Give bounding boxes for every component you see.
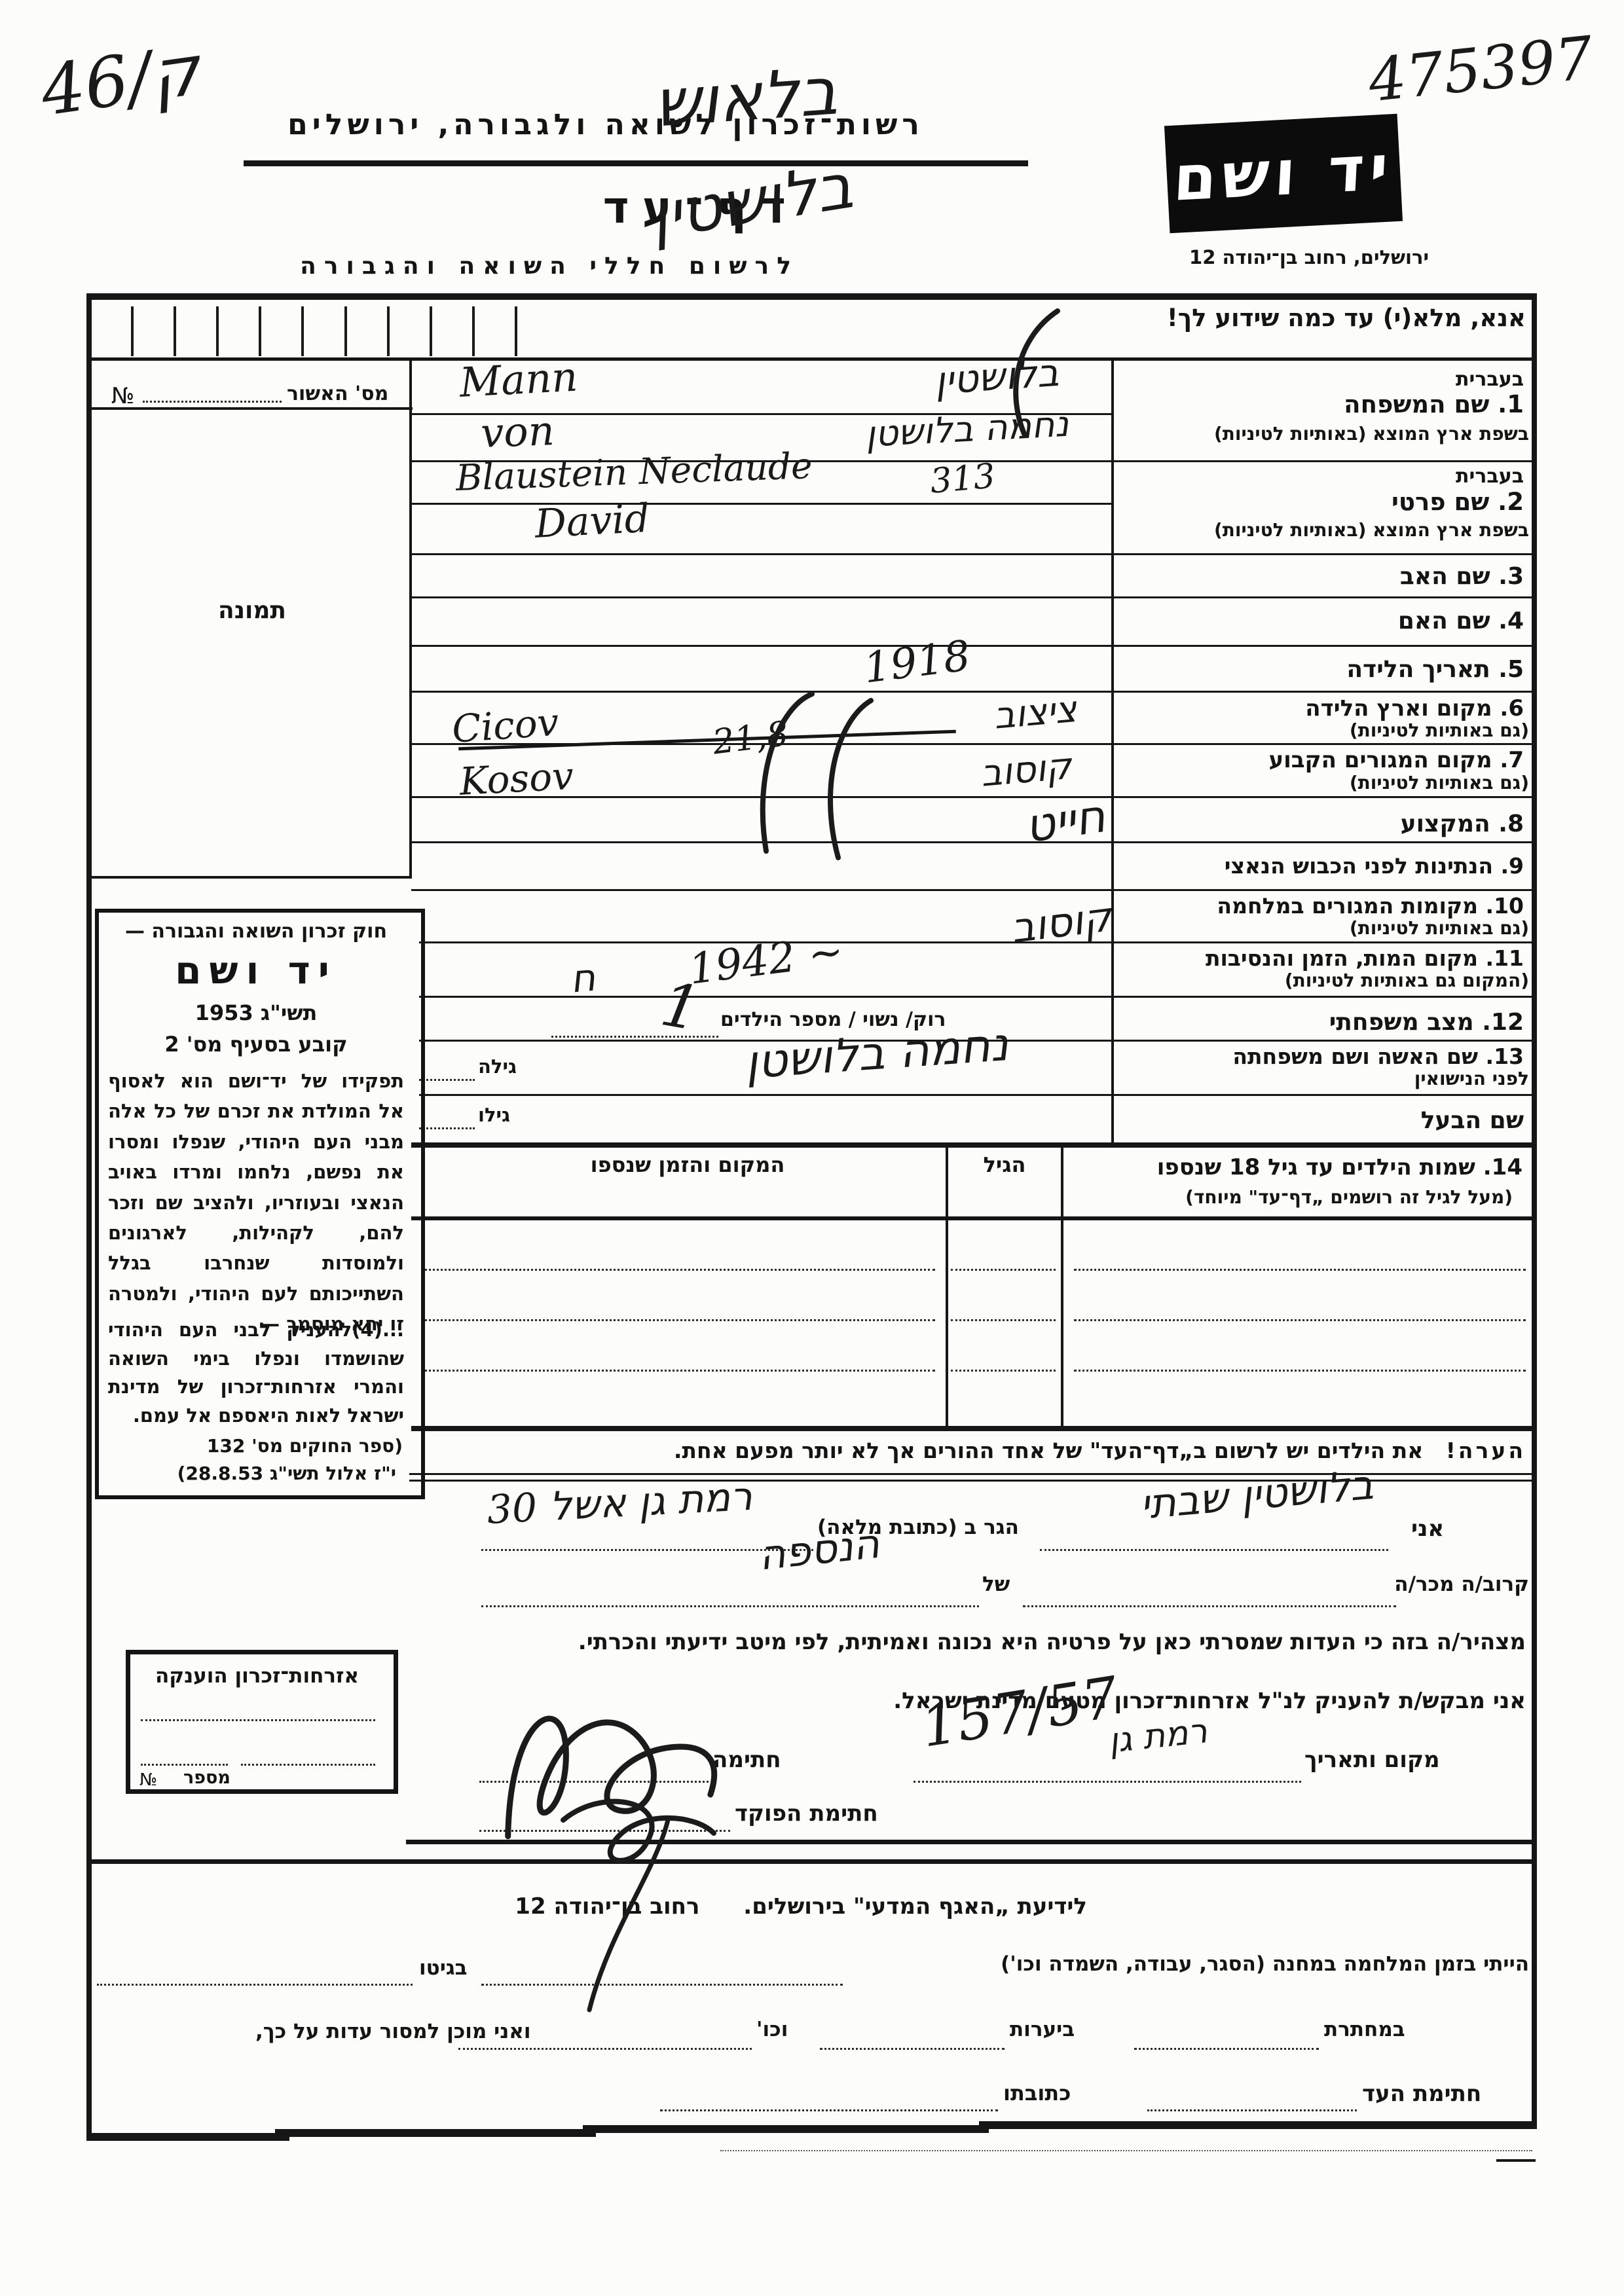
top-row-underline [92, 357, 1532, 361]
children-age-header: הגיל [948, 1152, 1061, 1177]
cert-row-underline [92, 407, 413, 410]
hw-row3-number: 313 [929, 456, 997, 501]
children-col-divider [946, 1142, 948, 1429]
hw-relation: הנספה [756, 1520, 881, 1580]
hw-residence-hebrew: קוסוב [979, 745, 1073, 795]
fill-instruction: אנא, מלא(י) עד כמה שידוע לך! [1120, 304, 1526, 332]
children-row-dotted [424, 1269, 935, 1271]
hw-row2-latin: von [480, 407, 555, 457]
law-line1: חוק זכרון השואה והגבורה — [105, 920, 407, 943]
form-border-right [1532, 293, 1537, 2126]
children-header-bottom [411, 1216, 1532, 1220]
hw-signature-place: רמת גן [1107, 1711, 1209, 1760]
note-line: הערה! את הילדים יש לרשום ב„דף־העד" של אח… [458, 1438, 1526, 1463]
rule-line [411, 889, 1532, 891]
stray-pen-stroke [979, 298, 1077, 448]
ghetto-dotted [97, 1984, 413, 1986]
field8-label: 8. המקצוע [1116, 811, 1524, 837]
page-subtitle: לרשום חללי השואה והגבורה [354, 253, 799, 280]
husband-label: שם הבעל [1116, 1107, 1524, 1134]
field4-label: 4. שם האם [1116, 608, 1524, 634]
photo-box-right-edge [409, 359, 412, 879]
children-place-header: המקום והזמן שנספו [458, 1152, 917, 1177]
field6-label: 6. מקום וארץ הלידה [1116, 695, 1524, 721]
field10-sub: (גם באותיות לטיניות) [1116, 917, 1529, 939]
law-clause: ...(4)להעניק לבני העם היהודי שהושמדו ונפ… [108, 1316, 404, 1430]
law-ref1: (ספר החוקים מס' 132 [115, 1435, 403, 1457]
children-table-bottom [411, 1426, 1532, 1431]
children-names-header: 14. שמות הילדים עד גיל 18 שנספו [1067, 1154, 1522, 1180]
her-age-label: גילה [478, 1055, 517, 1078]
hw-birth-place-hebrew: ציצוב [992, 688, 1079, 738]
cert-no-label: מס' האשור [287, 382, 388, 405]
rule-line [411, 645, 1532, 647]
grid-tick [344, 306, 347, 356]
number-grid [131, 306, 517, 356]
grid-tick [216, 306, 219, 356]
law-line4: קובע בסעיף מס' 2 [105, 1032, 407, 1057]
rule-line [419, 1094, 1532, 1096]
underground-label: במחתרת [1324, 2018, 1405, 2041]
hw-residence-latin: Kosov [458, 754, 574, 804]
decl-i-label: אני [1411, 1516, 1444, 1542]
law-line2: יד ושם [105, 948, 407, 993]
field2-pre: בעברית [1116, 465, 1524, 488]
law-line3: תשי"ג 1953 [105, 1000, 407, 1025]
field2-sub: בשפת ארץ המוצא (באותיות לטיניות) [1116, 519, 1529, 541]
hw-first-name-latin: David [534, 496, 651, 547]
children-table-top [411, 1142, 1532, 1148]
decl-of-dotted [481, 1605, 979, 1607]
grid-tick [174, 306, 176, 356]
section-divider-thick [88, 1859, 1532, 1864]
field1-label: 1. שם המשפחה [1116, 390, 1524, 418]
decl-relative-dotted [1023, 1605, 1396, 1607]
children-row-dotted [424, 1370, 935, 1372]
hw-death-note: ח [568, 955, 597, 1002]
grid-tick [301, 306, 304, 356]
decl-of-label: של [982, 1573, 1010, 1596]
memorial-number-label: מספר [183, 1768, 231, 1788]
underground-dotted [1134, 2048, 1319, 2050]
hw-family-name-latin: Mann [458, 353, 579, 407]
witness-signature-label: חתימת העד [1362, 2081, 1481, 2107]
ref-number-handwriting: 475397 [1365, 24, 1596, 115]
his-age-dotted [419, 1127, 475, 1129]
header-underline [244, 160, 1028, 166]
rule-line [419, 941, 1532, 943]
rule-line [411, 596, 1532, 598]
children-col-divider [1061, 1142, 1063, 1429]
bottom-border-segment [275, 2129, 596, 2137]
rule-line [411, 841, 1532, 843]
memorial-no-symbol: № [139, 1770, 157, 1790]
his-age-label: גילו [478, 1104, 510, 1126]
decl-statement: מצהיר/ה בזה כי העדות שמסרתי כאן על פרטיה… [458, 1629, 1526, 1655]
law-ref2: י"ז אלול תשי"ג 28.8.53) [115, 1463, 396, 1484]
hw-witness-name: בלושטין שבתי [1138, 1461, 1375, 1529]
field1-sub: בשפת ארץ המוצא (באותיות לטיניות) [1116, 423, 1529, 445]
form-border-top [86, 293, 1537, 300]
field11-label: 11. מקום המות, הזמן והנסיבות [1116, 945, 1524, 971]
place-date-dotted [913, 1781, 1301, 1783]
field9-label: 9. הנתינות לפני הכבוש הנאצי [1116, 853, 1524, 879]
her-age-dotted [419, 1079, 475, 1081]
official-signature-scribble [504, 1794, 753, 2016]
rule-line [411, 796, 1532, 798]
scan-noise-line [720, 2150, 1532, 2151]
stray-pen-strokes [740, 681, 891, 871]
field7-sub: (גם באותיות לטיניות) [1116, 772, 1529, 793]
witness-signature-dotted [1147, 2109, 1357, 2111]
scanned-testimony-page: 46/ק רשות־זכרון לשואה ולגבורה, ירושלים ד… [0, 0, 1624, 2296]
field6-sub: (גם באותיות לטיניות) [1116, 720, 1529, 741]
forests-label: ביערות [1010, 2018, 1075, 2041]
note-text: את הילדים יש לרשום ב„דף־העד" של אחד ההור… [674, 1438, 1423, 1463]
photo-placeholder-label: תמונה [170, 597, 334, 624]
hw-death-year: 1942 ~ [686, 927, 846, 994]
grid-tick [387, 306, 390, 356]
field11-sub: (המקום גם באותיות לטיניות) [1116, 970, 1529, 991]
children-row-dotted [951, 1269, 1056, 1271]
photo-box-bottom [92, 876, 412, 879]
field13-label: 13. שם האשה ושם משפחתה [1116, 1044, 1524, 1069]
ghetto-label: בגיטו [419, 1956, 468, 1980]
field3-label: 3. שם האב [1116, 563, 1524, 590]
grid-tick [259, 306, 261, 356]
witness-address-dotted [660, 2109, 998, 2111]
field7-label: 7. מקום המגורים הקבוע [1116, 747, 1524, 773]
forests-dotted [820, 2048, 1005, 2050]
file-number-handwriting: 46/ק [36, 30, 205, 132]
children-row-dotted [951, 1319, 1056, 1321]
rule-line [411, 691, 1532, 693]
memorial-dotted [141, 1719, 375, 1721]
grid-tick [430, 306, 432, 356]
children-names-subheader: (מעל לגיל זה רושמים „דף־עד" מיוחד) [1067, 1186, 1513, 1208]
note-title: הערה! [1446, 1438, 1526, 1463]
memorial-dotted [141, 1764, 228, 1766]
place-date-label: מקום ותאריך [1304, 1747, 1440, 1773]
scan-noise-dash [1496, 2159, 1536, 2162]
logo-address: ירושלים, רחוב בן־יהודה 12 [1206, 246, 1429, 268]
decl-name-dotted [1040, 1549, 1388, 1551]
logo-text: יד ושם [1172, 132, 1395, 215]
witness-address-label: כתובתו [1003, 2081, 1071, 2105]
label-column-divider [1111, 359, 1114, 1142]
camp-line-label: הייתי בזמן המלחמה במחנה (הסגר, עבודה, הש… [848, 1952, 1529, 1976]
bottom-notice-text: לידיעת „האגף המדעי" בירושלים. [743, 1893, 1087, 1920]
decl-relative-label: קרוב/ה מכר/ה [1401, 1573, 1529, 1596]
field2-label: 2. שם פרטי [1116, 488, 1524, 516]
children-row-dotted [1074, 1319, 1526, 1321]
memorial-box-title: אזרחות־זכרון הוענקה [138, 1664, 377, 1688]
grid-tick [515, 306, 517, 356]
hw-signature-date: 157/57 [917, 1665, 1122, 1760]
cert-no-symbol: № [111, 383, 134, 409]
field1-pre: בעברית [1116, 368, 1524, 391]
cert-no-dotted-line [143, 401, 282, 403]
rule-line [411, 503, 1111, 505]
field10-label: 10. מקומות המגורים במלחמה [1116, 893, 1524, 919]
hw-profession: חייט [1022, 789, 1109, 853]
testify-label: ואני מוכן למסור עדות על כך, [255, 2020, 531, 2043]
rule-line [411, 553, 1532, 555]
etc-label: וכו' [756, 2018, 788, 2041]
bottom-border-segment [86, 2133, 289, 2141]
memorial-dotted [241, 1764, 375, 1766]
hw-witness-address: רמת גן אשל 30 [486, 1474, 754, 1533]
children-row-dotted [1074, 1269, 1526, 1271]
grid-tick [131, 306, 134, 356]
law-paragraph: תפקידו של יד־ושם הוא לאסוף אל המולדת את … [108, 1066, 404, 1339]
hw-children-count: 1 [655, 969, 705, 1045]
org-header-line: רשות־זכרון לשואה ולגבורה, ירושלים [183, 108, 1028, 141]
children-row-dotted [951, 1370, 1056, 1372]
grid-tick [472, 306, 475, 356]
children-row-dotted [1074, 1370, 1526, 1372]
children-row-dotted [424, 1319, 935, 1321]
bottom-border-segment [583, 2125, 989, 2133]
field5-label: 5. תאריך הלידה [1116, 656, 1524, 683]
field12-label: 12. מצב משפחתי [1116, 1009, 1524, 1036]
bottom-border-segment [979, 2121, 1537, 2129]
yad-vashem-logo: יד ושם [1164, 114, 1403, 233]
field13-sub: לפני הנישואין [1116, 1068, 1529, 1089]
name-overwrite-1: בלאוש [652, 52, 840, 141]
etc-dotted [458, 2048, 752, 2050]
